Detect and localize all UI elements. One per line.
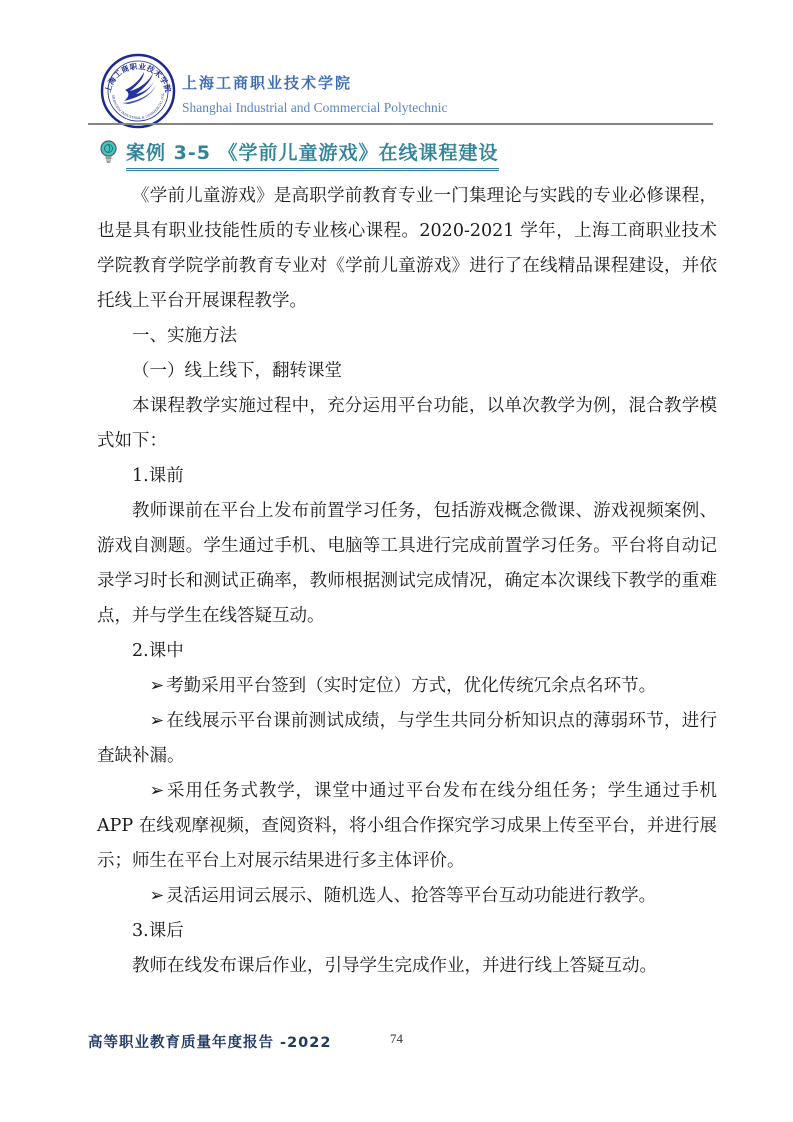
paragraph-mode-intro: 本课程教学实施过程中，充分运用平台功能，以单次教学为例，混合教学模式如下：: [97, 389, 717, 459]
heading-in-class: 2.课中: [97, 634, 717, 669]
document-body: 《学前儿童游戏》是高职学前教育专业一门集理论与实践的专业必修课程，也是具有职业技…: [97, 179, 717, 984]
page-header: 上海工商职业技术学院 SHANGHAI INDUSTRIAL & COMMERC…: [98, 53, 716, 129]
bullet-arrow-icon: ➢: [150, 781, 165, 801]
school-name-en: Shanghai Industrial and Commercial Polyt…: [182, 100, 447, 116]
heading-flipped-class: （一）线上线下，翻转课堂: [97, 354, 717, 389]
paragraph-pre-class: 教师课前在平台上发布前置学习任务，包括游戏概念微课、游戏视频案例、游戏自测题。学…: [97, 494, 717, 634]
bullet-text: 在线展示平台课前测试成绩，与学生共同分析知识点的薄弱环节，进行查缺补漏。: [97, 711, 717, 766]
paragraph-intro: 《学前儿童游戏》是高职学前教育专业一门集理论与实践的专业必修课程，也是具有职业技…: [97, 179, 717, 319]
bullet-text: 灵活运用词云展示、随机选人、抢答等平台互动功能进行教学。: [166, 886, 656, 906]
bullet-text: 考勤采用平台签到（实时定位）方式，优化传统冗余点名环节。: [166, 676, 656, 696]
bullet-test-results: ➢在线展示平台课前测试成绩，与学生共同分析知识点的薄弱环节，进行查缺补漏。: [97, 704, 717, 774]
bullet-interaction: ➢灵活运用词云展示、随机选人、抢答等平台互动功能进行教学。: [97, 879, 717, 914]
heading-after-class: 3.课后: [97, 914, 717, 949]
bullet-arrow-icon: ➢: [150, 711, 165, 731]
bullet-text: 采用任务式教学，课堂中通过平台发布在线分组任务；学生通过手机 APP 在线观摩视…: [97, 781, 717, 871]
header-school-names: 上海工商职业技术学院 Shanghai Industrial and Comme…: [182, 66, 447, 116]
document-page: 上海工商职业技术学院 SHANGHAI INDUSTRIAL & COMMERC…: [0, 0, 793, 1122]
footer-page-number: 74: [0, 1031, 793, 1047]
paragraph-after-class: 教师在线发布课后作业，引导学生完成作业，并进行线上答疑互动。: [97, 949, 717, 984]
case-title: 案例 3-5 《学前儿童游戏》在线课程建设: [126, 138, 499, 171]
bullet-arrow-icon: ➢: [150, 886, 165, 906]
bullet-arrow-icon: ➢: [150, 676, 165, 696]
bullet-task-teaching: ➢采用任务式教学，课堂中通过平台发布在线分组任务；学生通过手机 APP 在线观摩…: [97, 774, 717, 879]
heading-methods: 一、实施方法: [97, 319, 717, 354]
header-divider: [88, 123, 713, 125]
heading-pre-class: 1.课前: [97, 459, 717, 494]
case-title-row: 案例 3-5 《学前儿童游戏》在线课程建设: [100, 138, 499, 171]
school-name-zh: 上海工商职业技术学院: [182, 72, 447, 93]
school-logo-icon: 上海工商职业技术学院 SHANGHAI INDUSTRIAL & COMMERC…: [98, 53, 178, 129]
bullet-attendance: ➢考勤采用平台签到（实时定位）方式，优化传统冗余点名环节。: [97, 669, 717, 704]
lightbulb-icon: [100, 140, 117, 166]
school-logo: 上海工商职业技术学院 SHANGHAI INDUSTRIAL & COMMERC…: [98, 53, 178, 129]
